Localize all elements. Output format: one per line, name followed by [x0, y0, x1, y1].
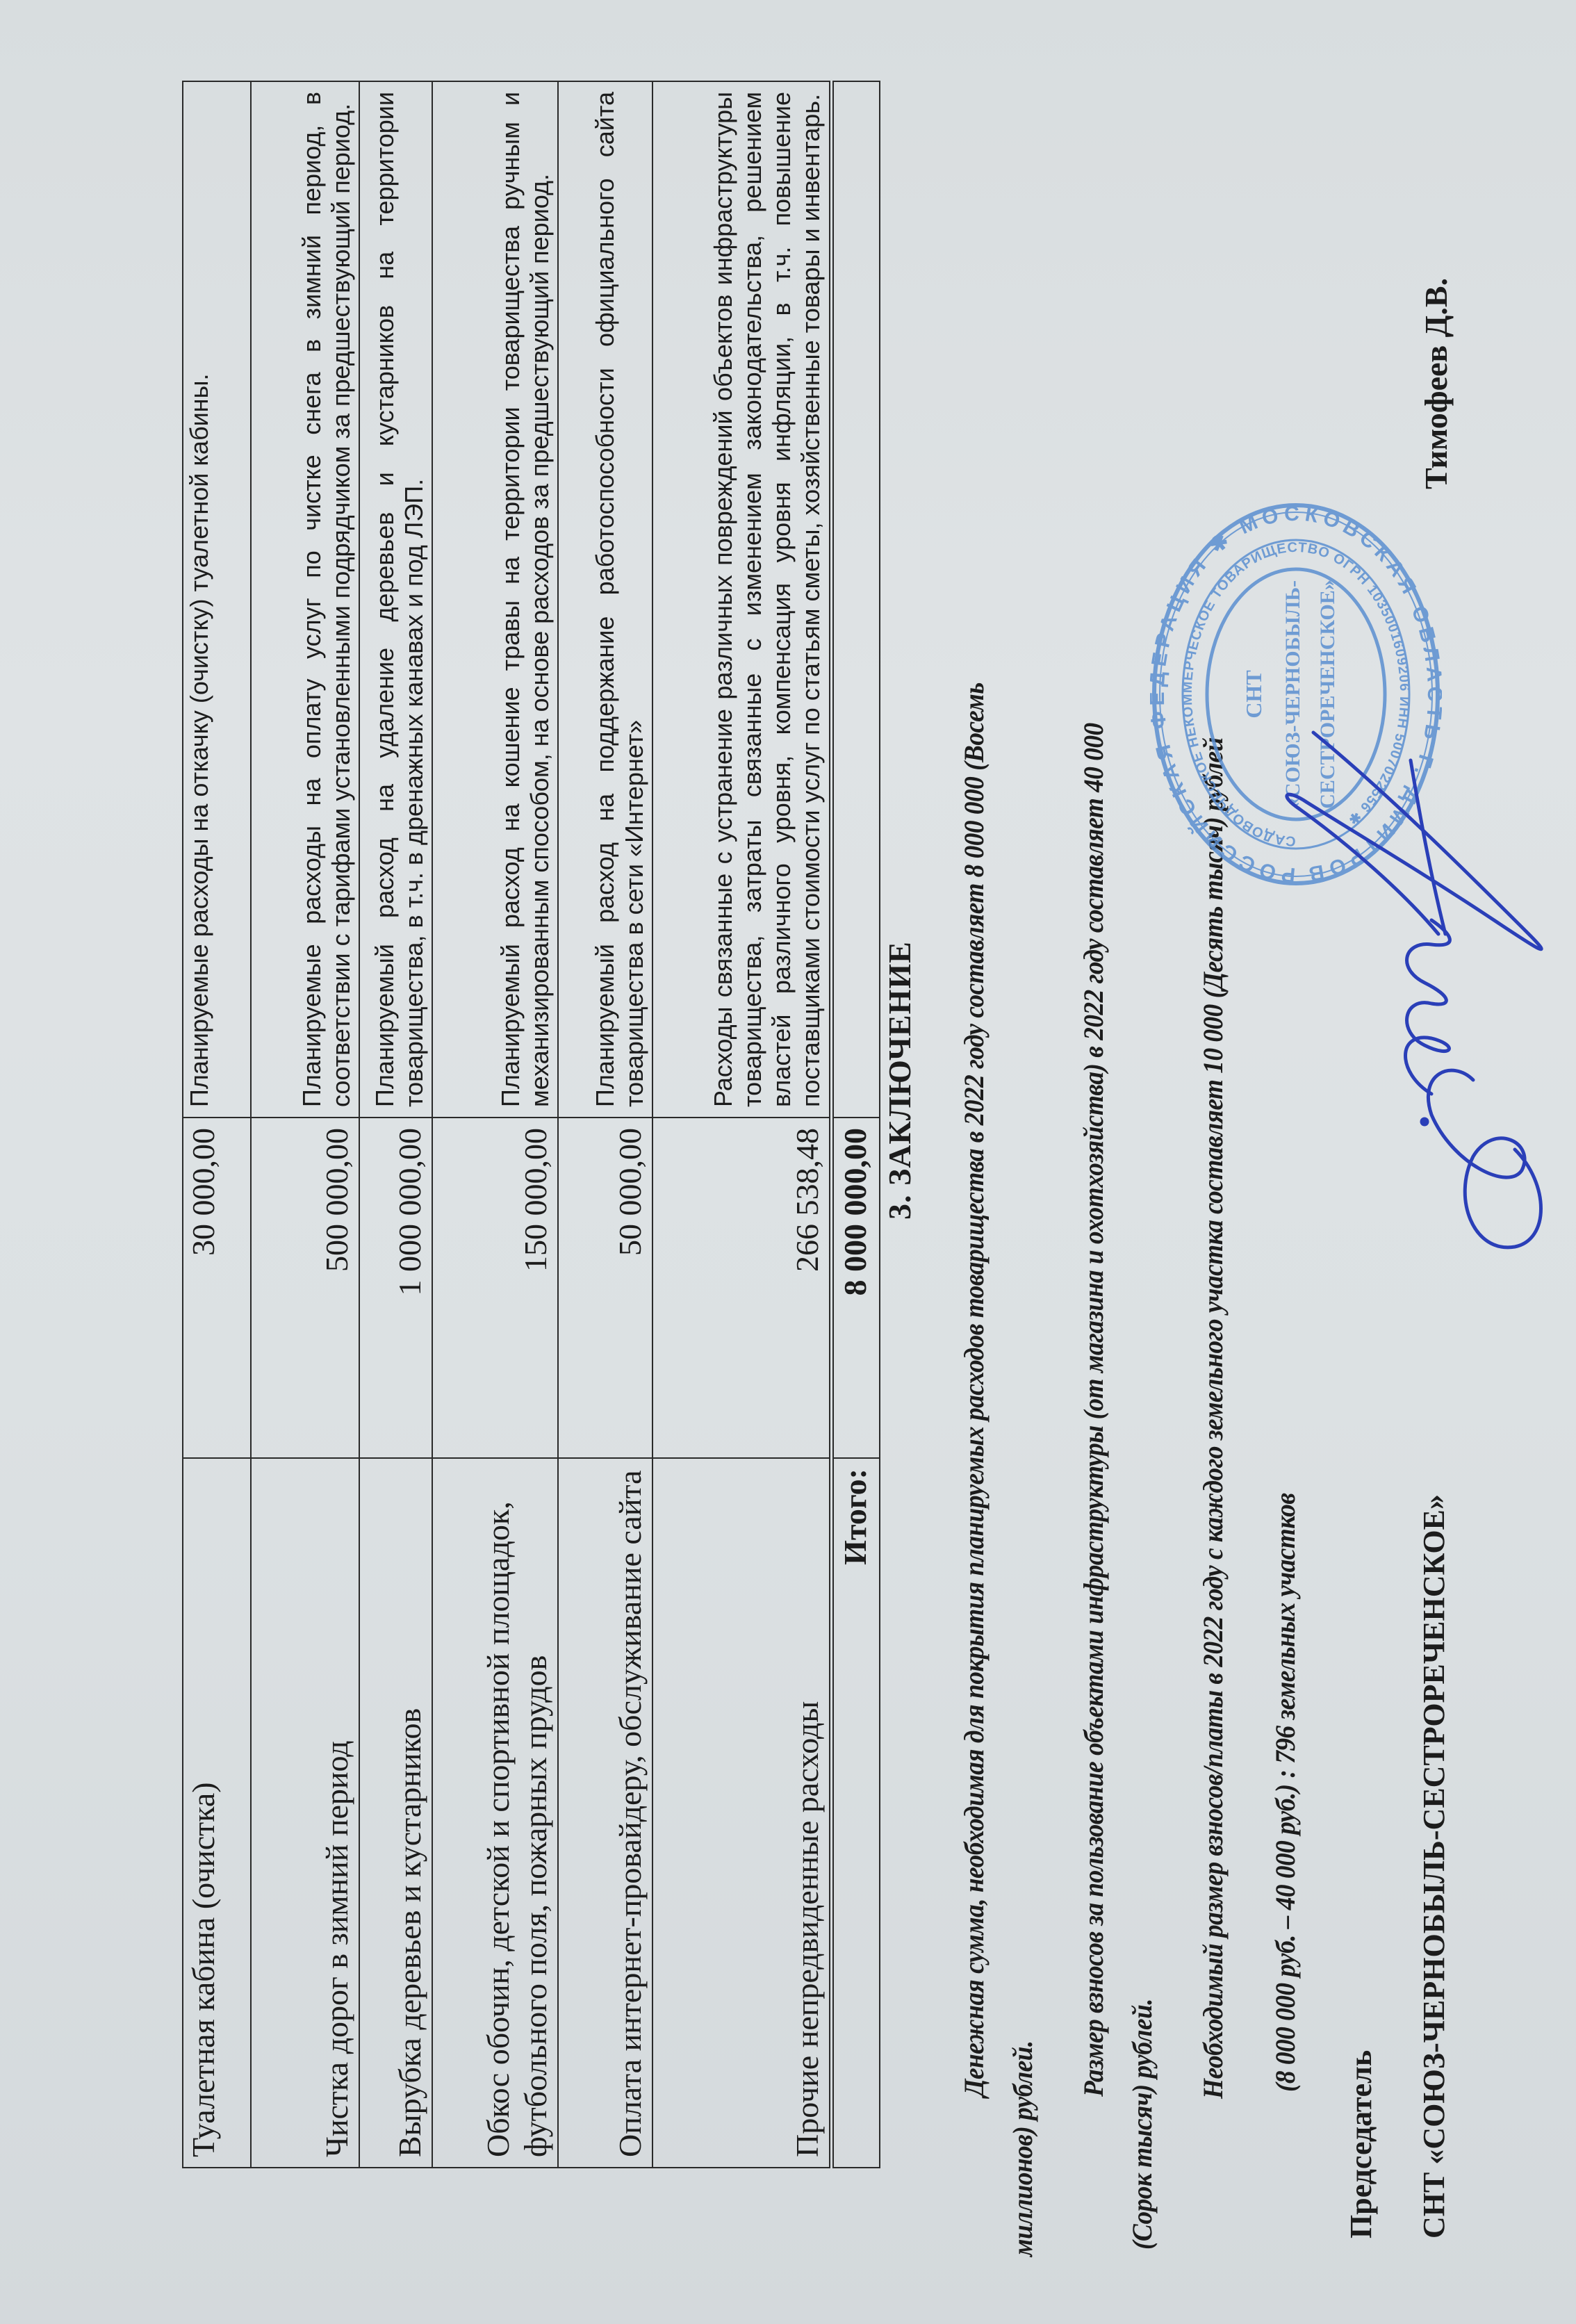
conclusion-p2-line1: Размер взносов за пользование объектами … — [1077, 723, 1110, 2097]
item-amount: 150 000,00 — [432, 1118, 558, 1458]
table-row: Вырубка деревьев и кустарников 1 000 000… — [359, 81, 432, 2168]
item-amount: 500 000,00 — [251, 1118, 359, 1458]
signature — [1223, 698, 1576, 1323]
item-name: Вырубка деревьев и кустарников — [359, 1458, 432, 2168]
item-name: Чистка дорог в зимний период — [251, 1458, 359, 2168]
item-amount: 50 000,00 — [558, 1118, 652, 1458]
item-description: Планируемый расход на кошение травы на т… — [432, 81, 558, 1118]
item-amount: 266 538,48 — [652, 1118, 831, 1458]
conclusion-p1-line1: Денежная сумма, необходимая для покрытия… — [958, 682, 990, 2097]
chairman-name: Тимофеев Д.В. — [1418, 278, 1454, 489]
item-name: Оплата интернет-провайдеру, обслуживание… — [558, 1458, 652, 2168]
conclusion-p1-line2: миллионов) рублей. — [1006, 2040, 1039, 2257]
table-row: Обкос обочин, детской и спортивной площа… — [432, 81, 558, 2168]
total-label: Итого: — [831, 1458, 880, 2168]
document-page: Туалетная кабина (очистка) 30 000,00 Пла… — [0, 0, 1576, 2324]
item-name: Обкос обочин, детской и спортивной площа… — [432, 1458, 558, 2168]
table-total-row: Итого: 8 000 000,00 — [831, 81, 880, 2168]
table-row: Туалетная кабина (очистка) 30 000,00 Пла… — [183, 81, 251, 2168]
item-description: Планируемые расходы на откачку (очистку)… — [183, 81, 251, 1118]
table-row: Оплата интернет-провайдеру, обслуживание… — [558, 81, 652, 2168]
item-name: Туалетная кабина (очистка) — [183, 1458, 251, 2168]
total-empty-cell — [831, 81, 880, 1118]
conclusion-p2-line2: (Сорок тысяч) рублей. — [1126, 1999, 1158, 2250]
conclusion-heading: 3. ЗАКЛЮЧЕНИЕ — [881, 941, 918, 1220]
budget-table: Туалетная кабина (очистка) 30 000,00 Пла… — [182, 81, 880, 2168]
item-amount: 1 000 000,00 — [359, 1118, 432, 1458]
chairman-title: Председатель — [1343, 2050, 1379, 2239]
table-row: Чистка дорог в зимний период 500 000,00 … — [251, 81, 359, 2168]
item-name: Прочие непредвиденные расходы — [652, 1458, 831, 2168]
organization-name: СНТ «СОЮЗ-ЧЕРНОБЫЛЬ-СЕСТРОРЕЧЕНСКОЕ» — [1416, 1494, 1452, 2239]
item-description: Расходы связанные с устранение различных… — [652, 81, 831, 1118]
conclusion-p3-line2: (8 000 000 руб. – 40 000 руб.) : 796 зем… — [1269, 1493, 1302, 2092]
budget-table-wrapper: Туалетная кабина (очистка) 30 000,00 Пла… — [182, 82, 880, 2168]
item-description: Планируемый расход на поддержание работо… — [558, 81, 652, 1118]
item-amount: 30 000,00 — [183, 1118, 251, 1458]
item-description: Планируемый расход на удаление деревьев … — [359, 81, 432, 1118]
total-amount: 8 000 000,00 — [831, 1118, 880, 1458]
item-description: Планируемые расходы на оплату услуг по ч… — [251, 81, 359, 1118]
table-row: Прочие непредвиденные расходы 266 538,48… — [652, 81, 831, 2168]
